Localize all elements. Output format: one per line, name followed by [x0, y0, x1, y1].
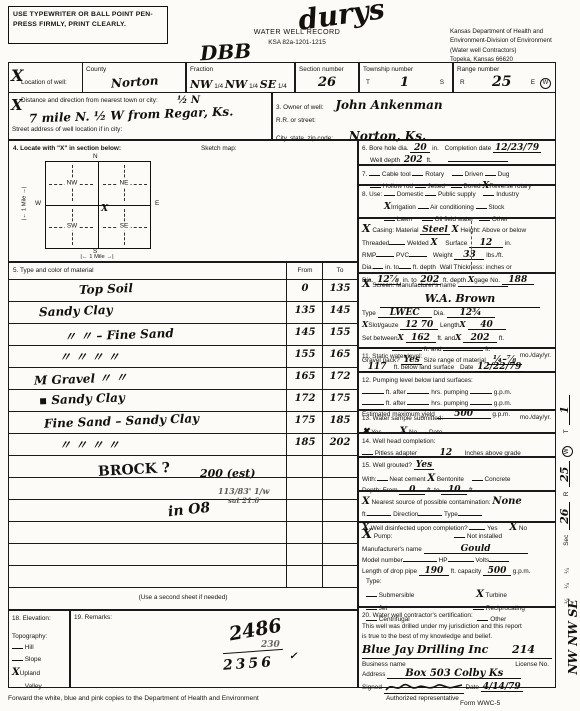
footer-note: Forward the white, blue and pink copies …	[8, 694, 259, 704]
from-cell: 172	[287, 393, 323, 404]
sketch-map-label: Sketch map:	[201, 144, 237, 154]
upland-option: Upland	[20, 670, 40, 677]
gpm-label-1: g.p.m.	[494, 389, 512, 396]
to-cell: 145	[323, 305, 357, 316]
set1-x-mark: X	[398, 332, 404, 342]
from-column-header: From	[287, 266, 323, 276]
public-supply-option: Public supply	[438, 191, 476, 198]
in-to-label: in. to	[385, 264, 399, 271]
county-label: County	[86, 66, 106, 73]
margin-quarters-hand-value: NW NW SE	[566, 592, 580, 682]
height-x-mark: X	[452, 225, 459, 235]
pump-label: Pump:	[374, 533, 392, 540]
margin-t-value: 1	[561, 395, 570, 425]
ft-after-label-2: ft. after	[386, 400, 406, 407]
casing-material-value: Steel	[420, 226, 450, 235]
certification-line2: is true to the best of my knowledge and …	[362, 633, 492, 640]
table-row: M Gravel 〃 〃 165 172	[9, 367, 357, 390]
to-cell: 185	[323, 415, 357, 426]
screen-type-value: LWEC	[378, 309, 432, 318]
table-row	[9, 565, 357, 588]
section4-label: 4. Locate with "X" in section below:	[13, 144, 121, 154]
material-cell: Fine Sand – Sandy Clay	[44, 411, 199, 430]
bore-dia-label: 6. Bore hole dia.	[362, 145, 409, 152]
static-water-label: 11. Static water level:	[362, 353, 422, 360]
quadrant-nw-label: NW	[65, 178, 80, 188]
range-r: R	[460, 78, 465, 88]
static-date-label: Date	[460, 364, 474, 371]
from-cell: 165	[287, 371, 323, 382]
screen-label: Screen: Manufacturer's name	[372, 282, 456, 289]
to-cell: 155	[323, 327, 357, 338]
submersible-option: Submersible	[379, 592, 415, 599]
grout-with-label: With:	[362, 476, 377, 483]
well-grouted-label: 15. Well grouted?	[362, 462, 412, 469]
drop-pipe-label: Length of drop pipe	[362, 568, 417, 575]
well-head-label: 14. Well head completion:	[362, 438, 435, 445]
irrigation-option: Irrigation	[391, 204, 416, 211]
stock-option: Stock	[488, 204, 504, 211]
section-number-box: Section number 26	[295, 62, 359, 93]
hp-label: HP	[439, 557, 448, 564]
well-grouted-value: Yes	[414, 461, 434, 470]
table-row	[9, 477, 357, 500]
business-name-value: Blue Jay Drilling Inc	[362, 643, 488, 656]
static-date-value: 12/22/79	[475, 363, 523, 372]
completion-date-label: Completion date	[445, 145, 492, 152]
slot-gauze-label: Slot/gauze	[368, 322, 398, 329]
pumping-level-label: 12. Pumping level below land surfaces:	[362, 377, 473, 384]
weight-unit: lbs./ft.	[486, 252, 503, 259]
quadrant-ne-label: NE	[118, 178, 131, 188]
agency-line: Kansas Department of Health and	[450, 27, 552, 36]
section7-number: 7.	[362, 171, 367, 178]
use-box: 8. Use: Domestic Public supply Industry …	[358, 185, 556, 218]
quarter-label: 1/4	[214, 83, 223, 90]
to-cell: 165	[323, 349, 357, 360]
driven-option: Driven	[465, 171, 483, 178]
remarks-calc-3: 2356	[222, 651, 274, 677]
table-row: Top Soil 0 135	[9, 279, 357, 302]
address-value: Box 503 Colby Ks	[387, 670, 521, 679]
material-cell: ▪ Sandy Clay	[39, 391, 125, 408]
ft-and-label: ft. and	[437, 335, 455, 342]
table-row: Fine Sand – Sandy Clay 175 185	[9, 411, 357, 434]
neat-cement-option: Neat cement	[389, 476, 425, 483]
elevation-label: 18. Elevation:	[12, 615, 51, 622]
pumping-level-box: 12. Pumping level below land surfaces: f…	[358, 372, 556, 410]
pvc-label: PVC	[396, 252, 409, 259]
hrs-pumping-label-1: hrs. pumping	[431, 389, 468, 396]
drill-method-box: 7. Cable tool Rotary Driven Dug Hollow r…	[358, 165, 556, 185]
table-row	[9, 455, 357, 478]
contamination-box: X Nearest source of possible contaminati…	[358, 491, 556, 522]
agency-line: Environment-Division of Environment	[450, 36, 552, 45]
contamination-label: Nearest source of possible contamination…	[372, 499, 491, 506]
from-cell: 135	[287, 305, 323, 316]
margin-section-field: Sec 26	[555, 494, 573, 554]
well-depth-value: 202	[402, 156, 425, 165]
license-number-label: License No.	[515, 660, 549, 670]
street-address-label: Street address of well location if in ci…	[12, 125, 122, 135]
turbine-option: Turbine	[486, 592, 507, 599]
to-cell: 202	[323, 437, 357, 448]
locate-section-box: 4. Locate with "X" in section below: Ske…	[8, 140, 358, 262]
pencil-note-2: sat 21.6	[228, 496, 259, 505]
from-cell: 145	[287, 327, 323, 338]
use-label: 8. Use:	[362, 191, 382, 198]
table-row: 〃 〃 – Fine Sand 145 155	[9, 323, 357, 346]
set-ft-label: ft.	[499, 335, 504, 342]
static-water-box: 11. Static water level: mo./day/yr. 117 …	[358, 348, 556, 372]
business-name-label: Business name	[362, 661, 406, 668]
sample-mdy-label: mo./day/yr.	[520, 413, 551, 423]
static-level-value: 117	[362, 363, 392, 372]
model-number-label: Model number	[362, 557, 403, 564]
pitless-adapter-label: Pitless adapter	[375, 450, 417, 457]
bentonite-x-mark: X	[427, 473, 435, 484]
capacity-label: ft. capacity	[451, 568, 482, 575]
remarks-box: 19. Remarks: 2486 230 2356 ✓	[70, 610, 358, 688]
table-row: ▪ Sandy Clay 172 175	[9, 389, 357, 412]
section16-x-mark: X	[362, 496, 370, 507]
section-number-label: Section number	[299, 66, 344, 73]
section17-x-mark: X	[362, 527, 372, 542]
agency-line: (Water well Contractors)	[450, 46, 552, 55]
brock-depth-note: 200 (est)	[200, 467, 255, 480]
certification-label: 20. Water well contractor's certificatio…	[362, 612, 473, 619]
welded-x-mark: X	[430, 238, 437, 248]
screen-manufacturer-value: W.A. Brown	[425, 292, 496, 305]
industry-option: Industry	[496, 191, 519, 198]
range-value: 25	[492, 71, 511, 93]
completion-date-value: 12/23/79	[493, 144, 541, 153]
screen-dia-label: Dia.	[433, 310, 444, 317]
range-box: Range number R 25 E W	[453, 62, 556, 93]
screen-box: X Screen: Manufacturer's name W.A. Brown…	[358, 273, 556, 348]
margin-township-field: T 1	[555, 384, 573, 444]
rmp-label: RMP	[362, 252, 376, 259]
screen-length-value: 40	[468, 321, 506, 330]
section-grid-diagram: NW NE SW SE X	[45, 161, 151, 249]
direction-label: Direction	[393, 511, 418, 518]
contamination-type-label: Type	[444, 511, 458, 518]
material-cell: 〃 〃 〃 〃	[59, 436, 120, 453]
slot-gauze-value: 12 70	[400, 321, 438, 330]
casing-label: Casing: Material	[372, 227, 418, 234]
form-number: Form WWC-5	[460, 699, 500, 709]
distance-direction-box: X Distance and direction from nearest to…	[8, 92, 272, 140]
margin-w-circled: W	[562, 446, 573, 457]
set-between-value1: 162	[406, 334, 436, 343]
bore-hole-box: 6. Bore hole dia. 20 in. Completion date…	[358, 140, 556, 165]
well-depth-unit: ft.	[426, 157, 431, 164]
instruction-text: USE TYPEWRITER OR BALL POINT PEN-PRESS F…	[13, 10, 163, 30]
material-cell: M Gravel 〃 〃	[34, 368, 128, 388]
county-value: Norton	[110, 71, 159, 93]
water-well-record-form: USE TYPEWRITER OR BALL POINT PEN-PRESS F…	[0, 0, 580, 711]
bore-dia-unit: in.	[432, 145, 439, 152]
from-cell: 175	[287, 415, 323, 426]
below-land-surface-label: ft. below land surface	[394, 364, 454, 371]
gpm-label-2: g.p.m.	[494, 400, 512, 407]
fraction-3: SE	[260, 78, 276, 91]
location-of-well-box: X Location of well:	[8, 62, 83, 93]
to-cell: 135	[323, 283, 357, 294]
static-mdy-label: mo./day/yr.	[520, 351, 551, 361]
township-label: Township number	[363, 66, 413, 73]
owner-box: 3. Owner of well: John Ankenman R.R. or …	[272, 92, 556, 140]
material-cell: 〃 〃 〃 〃	[59, 348, 120, 365]
table-row	[9, 521, 357, 544]
material-cell: 〃 〃 – Fine Sand	[64, 324, 174, 345]
turbine-x-mark: X	[476, 589, 484, 600]
compass-e-label: E	[155, 199, 159, 209]
well-location-x-mark: X	[101, 202, 108, 216]
hrs-pumping-label-2: hrs. pumping	[431, 400, 468, 407]
township-s: S	[440, 78, 444, 88]
capacity-value: 500	[483, 567, 511, 576]
domestic-option: Domestic	[397, 191, 424, 198]
rr-street-label: R.R. or street:	[276, 117, 316, 124]
table-row: 〃 〃 〃 〃 185 202	[9, 433, 357, 456]
well-depth-label: Well depth	[370, 157, 400, 164]
pencil-note-1: 113/83' 1/w	[218, 486, 269, 496]
signature-scribble	[384, 681, 464, 694]
table-row: 〃 〃 〃 〃 155 165	[9, 345, 357, 368]
inches-above-grade-label: Inches above grade	[465, 450, 521, 457]
bore-dia-value: 20	[410, 144, 430, 153]
section2-label: Distance and direction from nearest town…	[21, 96, 158, 106]
surface-label: Surface	[445, 240, 467, 247]
signed-label: Signed	[362, 684, 382, 691]
from-cell: 0	[287, 283, 323, 294]
fraction-label: Fraction	[190, 66, 213, 73]
to-cell: 172	[323, 371, 357, 382]
cable-tool-option: Cable tool	[382, 171, 411, 178]
range-e: E	[531, 78, 535, 88]
one-mile-vertical-label: |← 1 Mile →|	[21, 163, 30, 243]
material-table: 5. Type and color of material From To To…	[8, 262, 358, 610]
water-sample-label: 13. Water sample submitted:	[362, 415, 443, 422]
quadrant-se-label: SE	[118, 221, 131, 231]
pump-type-label: Type:	[366, 578, 382, 585]
length-x-mark: X	[460, 319, 466, 329]
grouted-box: 15. Well grouted? Yes With: Neat cement …	[358, 457, 556, 491]
township-t: T	[366, 78, 370, 88]
screen-dia-value: 12¾	[447, 309, 495, 318]
section10-x-mark: X	[362, 277, 371, 290]
material-cell: Sandy Clay	[39, 303, 113, 320]
well-head-box: 14. Well head completion: Pitless adapte…	[358, 433, 556, 457]
drop-pipe-value: 190	[419, 567, 449, 576]
margin-sec-label: Sec	[563, 535, 570, 546]
fraction-1: NW	[190, 78, 212, 91]
ft-depth-label: ft. depth	[413, 264, 436, 271]
volts-label: Volts	[475, 557, 489, 564]
table-row: Sandy Clay 135 145	[9, 301, 357, 324]
threaded-label: Threaded	[362, 240, 389, 247]
license-number-value: 214	[512, 643, 535, 656]
ft-after-label-1: ft. after	[386, 389, 406, 396]
weight-label: Weight	[433, 252, 453, 259]
set-between-value2: 202	[463, 334, 497, 343]
to-column-header: To	[323, 266, 357, 276]
compass-w-label: W	[35, 199, 41, 209]
casing-box: X Casing: Material Steel X Height: Above…	[358, 218, 556, 273]
set2-x-mark: X	[455, 332, 461, 342]
quarter-label: 1/4	[278, 83, 287, 90]
surface-unit: in.	[505, 240, 512, 247]
screen-length-label: Length	[440, 322, 460, 329]
certification-box: 20. Water well contractor's certificatio…	[358, 607, 556, 688]
owner-value: John Ankenman	[335, 98, 442, 112]
pump-box: X Pump: Not installed Manufacturer's nam…	[358, 522, 556, 607]
surface-value: 12	[469, 239, 503, 248]
slope-option: Slope	[25, 656, 41, 663]
fraction-2: NW	[225, 78, 247, 91]
quadrant-sw-label: SW	[65, 221, 79, 231]
material-table-title: 5. Type and color of material	[13, 266, 94, 276]
cert-date-value: 4/14/79	[481, 683, 523, 692]
hill-option: Hill	[25, 644, 34, 651]
wall-thickness-label: Wall Thickness: inches or	[440, 264, 512, 271]
elevation-box: 18. Elevation: Topography: Hill Slope XU…	[8, 610, 70, 688]
water-sample-box: 13. Water sample submitted: mo./day/yr. …	[358, 410, 556, 433]
valley-option: Valley	[25, 683, 42, 690]
topography-label: Topography:	[12, 633, 47, 640]
to-cell: 175	[323, 393, 357, 404]
county-box: County Norton	[82, 62, 186, 93]
section-number-value: 26	[318, 73, 336, 94]
not-installed-label: Not installed	[467, 533, 502, 540]
capacity-unit: g.p.m.	[513, 568, 531, 575]
screen-type-label: Type	[362, 310, 376, 317]
address-label: Address	[362, 671, 385, 678]
irrigation-x-mark: X	[384, 202, 391, 212]
section9-x-mark: X	[362, 222, 371, 235]
margin-t-label: T	[563, 429, 570, 433]
cert-date-label: Date	[465, 684, 479, 691]
from-cell: 185	[287, 437, 323, 448]
remarks-check-mark: ✓	[289, 649, 297, 665]
township-value: 1	[400, 73, 409, 94]
quarter-label: 1/4	[249, 83, 258, 90]
dia-blank-label: Dia.	[362, 264, 373, 271]
second-sheet-note: (Use a second sheet if needed)	[9, 593, 357, 603]
instruction-box: USE TYPEWRITER OR BALL POINT PEN-PRESS F…	[8, 6, 168, 44]
dug-option: Dug	[498, 171, 510, 178]
range-w-circled: W	[540, 78, 551, 89]
certification-line1: This well was drilled under my jurisdict…	[362, 623, 522, 630]
fraction-box: Fraction NW 1/4 NW 1/4 SE 1/4	[186, 62, 295, 93]
margin-sec-value: 26	[561, 502, 570, 530]
set-between-label: Set between	[362, 335, 398, 342]
section1-label: Location of well:	[21, 78, 67, 88]
from-cell: 155	[287, 349, 323, 360]
welded-label: Welded	[407, 240, 429, 247]
one-mile-horizontal-label: |← 1 Mile →|	[57, 253, 137, 262]
material-cell: Top Soil	[79, 281, 133, 297]
contamination-value: None	[492, 496, 521, 507]
authorized-representative-label: Authorized representative	[386, 695, 459, 702]
owner-label: 3. Owner of well:	[276, 104, 324, 111]
township-box: Township number T 1 S	[359, 62, 453, 93]
table-row	[9, 543, 357, 566]
rotary-option: Rotary	[425, 171, 444, 178]
concrete-option: Concrete	[484, 476, 510, 483]
air-conditioning-option: Air conditioning	[430, 204, 474, 211]
weight-value: 33	[454, 251, 484, 260]
pump-mfr-label: Manufacturer's name	[362, 546, 422, 553]
upland-x-mark: X	[12, 667, 20, 678]
pump-mfr-value: Gould	[424, 545, 528, 554]
margin-r-value: 25	[561, 461, 570, 487]
bentonite-option: Bentonite	[437, 476, 464, 483]
remarks-label: 19. Remarks:	[74, 614, 112, 621]
